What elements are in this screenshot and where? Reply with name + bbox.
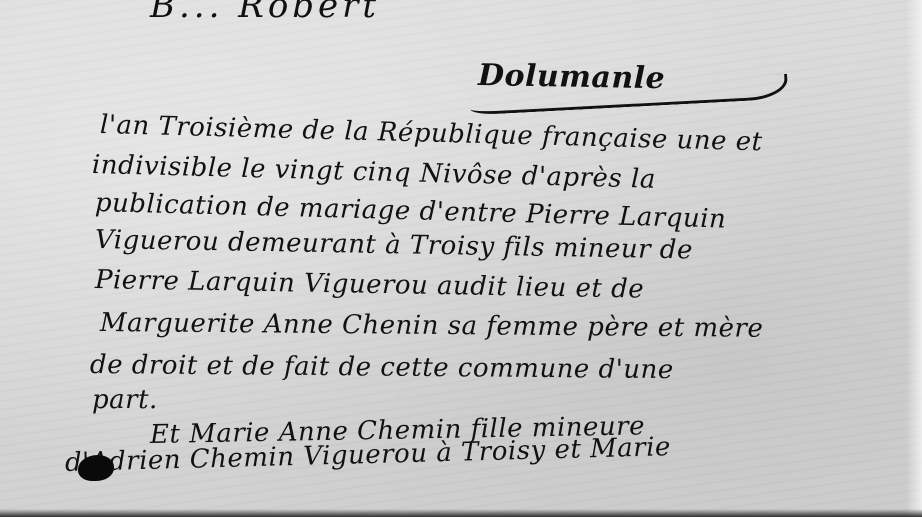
document-page: B... Robert Dolumanle l'an Troisième de … xyxy=(0,0,922,517)
text-line-1: l'an Troisième de la République français… xyxy=(100,110,763,157)
text-line-2: indivisible le vingt cinq Nivôse d'après… xyxy=(92,150,657,195)
header-fragment: B... Robert xyxy=(150,0,380,26)
page-edge-right xyxy=(906,0,922,517)
page-edge-bottom xyxy=(0,509,922,517)
text-line-6: Marguerite Anne Chenin sa femme père et … xyxy=(100,308,764,344)
text-line-8: part. xyxy=(92,385,158,415)
text-line-5: Pierre Larquin Viguerou audit lieu et de xyxy=(95,265,645,305)
ink-blot xyxy=(78,455,114,481)
text-line-7: de droit et de fait de cette commune d'u… xyxy=(90,350,674,385)
